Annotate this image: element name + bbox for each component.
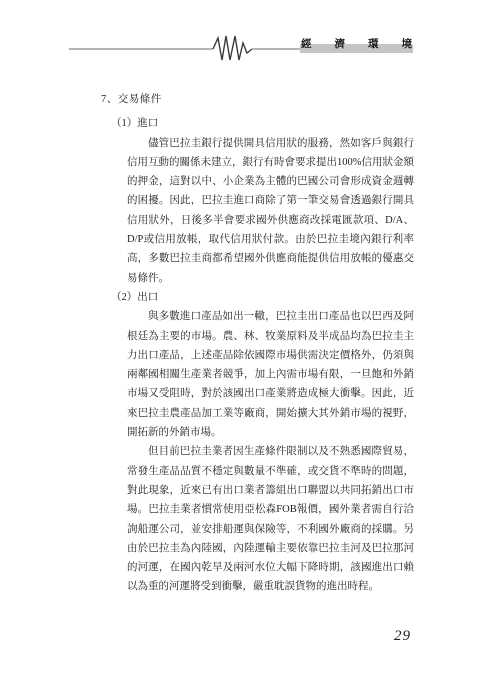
- body-text: 7、交易條件 （1）進口 儘管巴拉圭銀行提供開具信用狀的服務，然如客戶與銀行信用…: [101, 90, 417, 597]
- subsection-label-import: （1）進口: [111, 114, 417, 133]
- chapter-title-char: 經: [301, 38, 312, 50]
- subsection-label-export: （2）出口: [111, 288, 417, 307]
- chapter-title: 經 濟 環 境: [301, 38, 412, 50]
- document-page: 經 濟 環 境 7、交易條件 （1）進口 儘管巴拉圭銀行提供開具信用狀的服務，然…: [0, 0, 480, 679]
- subsection-export-paragraphs: 與多數進口產品如出一轍，巴拉圭出口產品也以巴西及阿根廷為主要的市場。農、林、牧業…: [127, 307, 414, 596]
- paragraph: 與多數進口產品如出一轍，巴拉圭出口產品也以巴西及阿根廷為主要的市場。農、林、牧業…: [127, 307, 414, 442]
- chapter-title-char: 境: [402, 38, 413, 50]
- subsection-export: （2）出口 與多數進口產品如出一轍，巴拉圭出口產品也以巴西及阿根廷為主要的市場。…: [101, 288, 417, 597]
- paragraph: 但目前巴拉圭業者因生產條件限制以及不熟悉國際貿易，常發生產品品質不穩定與數量不準…: [127, 442, 414, 596]
- chapter-title-char: 環: [368, 38, 379, 50]
- subsection-import-paragraphs: 儘管巴拉圭銀行提供開具信用狀的服務，然如客戶與銀行信用互動的關係未建立，銀行有時…: [127, 134, 414, 288]
- chapter-title-char: 濟: [335, 38, 346, 50]
- subsection-import: （1）進口 儘管巴拉圭銀行提供開具信用狀的服務，然如客戶與銀行信用互動的關係未建…: [101, 114, 417, 288]
- page-number: 29: [394, 628, 411, 645]
- ecg-zigzag-divider-icon: [69, 31, 305, 67]
- section-heading: 7、交易條件: [101, 90, 417, 109]
- paragraph: 儘管巴拉圭銀行提供開具信用狀的服務，然如客戶與銀行信用互動的關係未建立，銀行有時…: [127, 134, 414, 288]
